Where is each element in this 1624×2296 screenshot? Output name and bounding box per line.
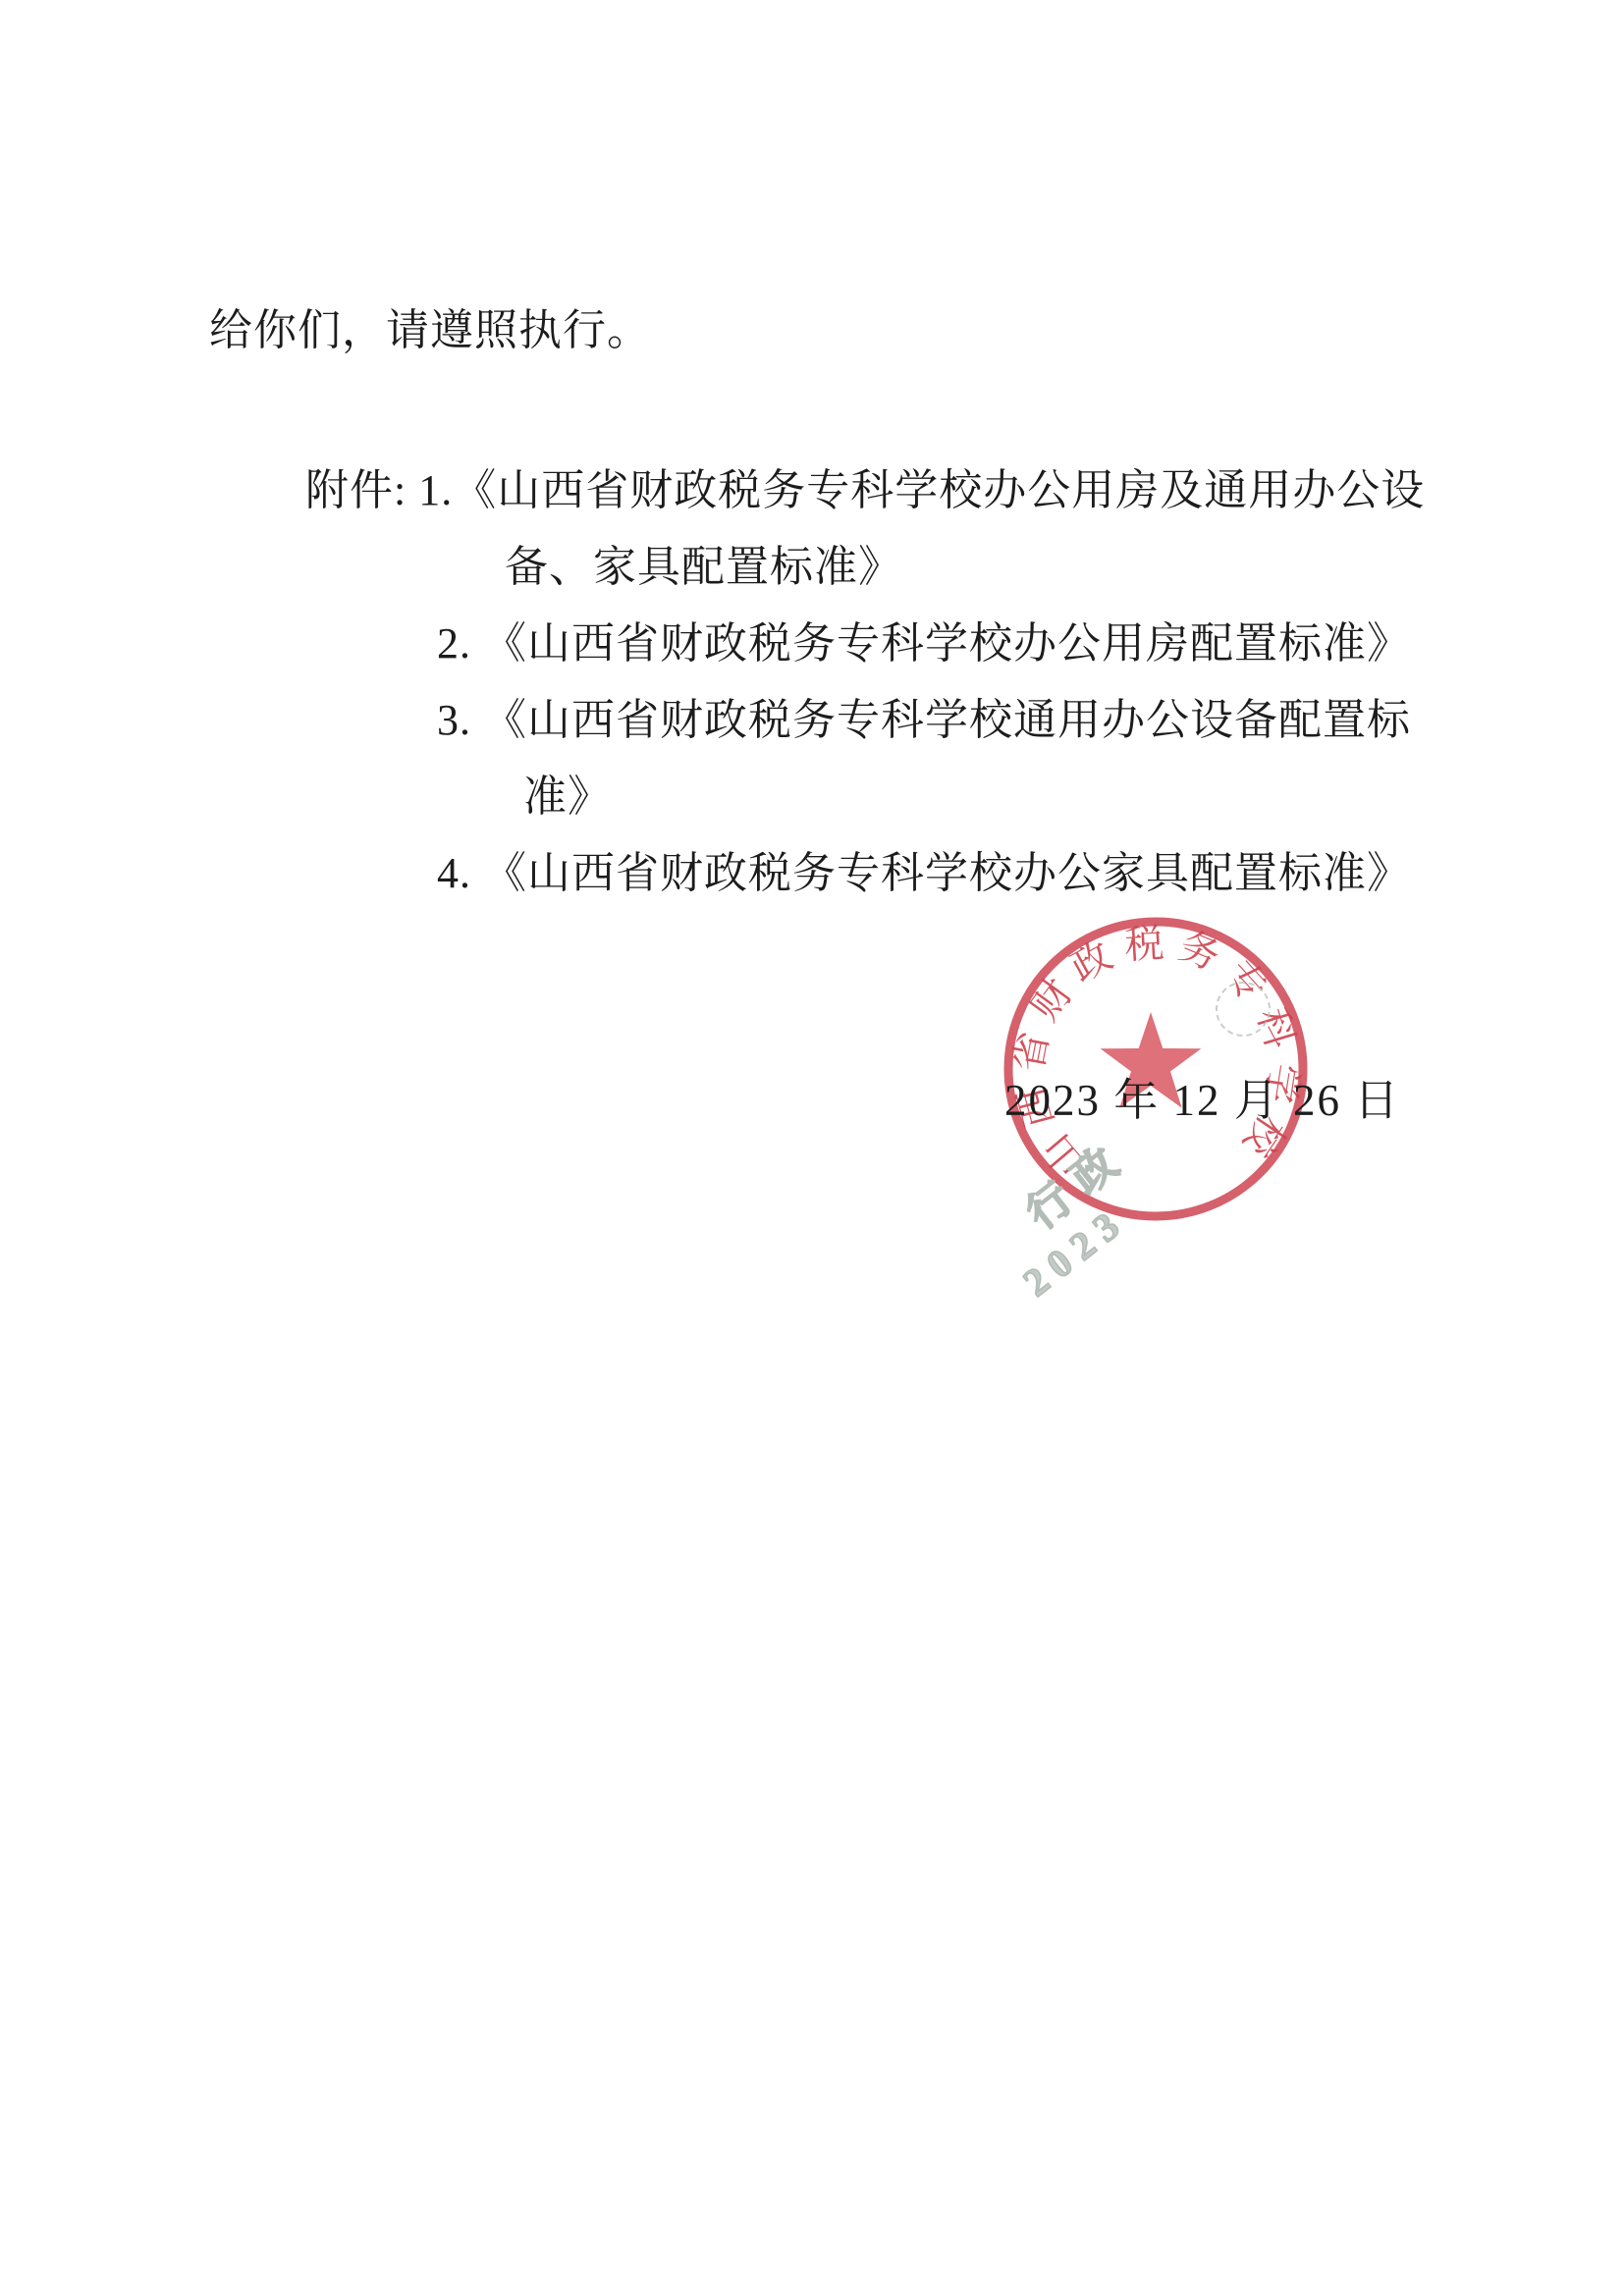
- closing-paragraph: 给你们，请遵照执行。: [209, 309, 651, 352]
- attachment-line: 备、家具配置标准》: [505, 546, 902, 589]
- document-date: 2023 年 12 月 26 日: [1004, 1079, 1400, 1123]
- attachment-line: 4. 《山西省财政税务专科学校办公家具配置标准》: [437, 852, 1411, 895]
- document-page: 给你们，请遵照执行。 附件: 1.《山西省财政税务专科学校办公用房及通用办公设 …: [0, 0, 1624, 2296]
- attachment-line: 附件: 1.《山西省财政税务专科学校办公用房及通用办公设: [305, 469, 1425, 512]
- attachment-line: 准》: [523, 775, 612, 819]
- attachment-line: 2. 《山西省财政税务专科学校办公用房配置标准》: [437, 622, 1411, 666]
- attachment-line: 3. 《山西省财政税务专科学校通用办公设备配置标: [437, 699, 1411, 742]
